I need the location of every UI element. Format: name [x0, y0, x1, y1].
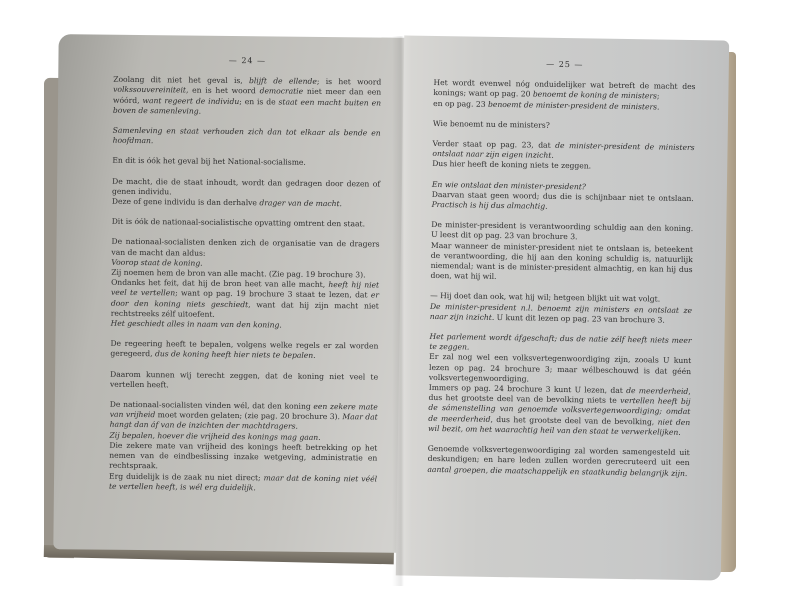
right-page-paragraphs: Het wordt evenwel nóg onduidelijker wat … [427, 78, 695, 479]
text-run: ; want op pag. 19 brochure 3 staat te le… [175, 289, 371, 300]
left-page-paragraphs: Zoolang dit niet het geval is, blijft de… [109, 75, 381, 494]
paragraph: Het wordt evenwel nóg onduidelijker wat … [433, 78, 695, 113]
paragraph: En wie ontslaat den minister-president?D… [432, 180, 694, 215]
paragraph: Zoolang dit niet het geval is, blijft de… [113, 75, 381, 119]
text-run: Zoolang dit niet het geval is, [113, 75, 249, 85]
italic-text-run: blijft de ellende [249, 76, 317, 86]
text-run: U kunt dit lezen op pag. 23 van brochure… [494, 313, 665, 325]
text-run: Er zal nog wel een volksvertegenwoordigi… [429, 352, 691, 383]
text-run: Maar wanneer de minister-president niet … [430, 241, 693, 282]
text-run: Erg duidelijk is de zaak nu niet direct; [109, 471, 264, 482]
text-run: . [199, 106, 202, 115]
text-run: Dus hier heeft de koning niets te zeggen… [432, 159, 591, 170]
italic-text-run: de meerderheid [626, 386, 688, 396]
paragraph: De macht, die de staat inhoudt, wordt da… [112, 176, 380, 209]
paragraph: En dit is óók het geval bij het National… [112, 156, 380, 169]
text-run: Genoemde volksvertegenwoordiging zal wor… [428, 444, 690, 467]
italic-text-run: Voorop staat de koning. [111, 258, 202, 268]
paragraph: Dit is óók de nationaal-socialistische o… [112, 217, 380, 230]
paragraph: De minister-president is verantwoording … [430, 220, 693, 285]
text-run: De macht, die de staat inhoudt, wordt da… [112, 176, 380, 196]
text-run: Daarom kunnen wij terecht zeggen, dat de… [110, 369, 378, 389]
italic-text-run: Practisch is hij dus almachtig. [432, 200, 548, 211]
text-run: Verder staat op pag. 23, dat [432, 139, 555, 150]
italic-text-run: benoemt de minister-president de ministe… [488, 99, 660, 111]
text-run: De nationaal-socialisten vinden wél, dat… [110, 400, 314, 411]
right-page: — 25 — Het wordt evenwel nóg onduidelijk… [396, 35, 729, 580]
paragraph: Samenleving en staat verhouden zich dan … [113, 126, 381, 149]
italic-text-run: Zij bepalen, hoever die vrijheid des kon… [109, 430, 320, 441]
italic-text-run: Het geschiedt alles in naam van den koni… [111, 319, 282, 330]
text-run: en op pag. 23 [433, 99, 488, 109]
paragraph: — Hij doet dan ook, wat hij wil; hetgeen… [430, 291, 692, 326]
text-run: En dit is óók het geval bij het National… [112, 156, 306, 167]
left-page: — 24 — Zoolang dit niet het geval is, bl… [53, 34, 408, 553]
italic-text-run: dus de koning heeft hier niets te bepale… [155, 350, 316, 361]
text-run: ; is het woord [317, 77, 381, 87]
text-run: , en is het woord [186, 86, 260, 96]
text-run: Die zekere mate van vrijheid des konings… [109, 441, 377, 471]
text-run: Dit is óók de nationaal-socialistische o… [112, 217, 365, 229]
italic-text-run: democratie [260, 87, 304, 96]
text-run: . [340, 199, 343, 208]
text-run: Wie benoemt nu de ministers? [433, 119, 550, 130]
paragraph: Wie benoemt nu de ministers? [433, 119, 695, 133]
italic-text-run: Het parlement wordt áfgeschaft; dus de n… [429, 332, 691, 352]
text-run: ; [657, 92, 660, 101]
italic-text-run: benoemt de koning de ministers [533, 90, 657, 101]
text-run: moet worden gelaten; (zie pag. 20 brochu… [155, 410, 342, 421]
paragraph: De nationaal-socialisten vinden wél, dat… [109, 400, 378, 495]
paragraph: De regeering heeft te bepalen, volgens w… [110, 339, 378, 362]
paragraph: Verder staat op pag. 23, dat de minister… [432, 139, 694, 174]
paragraph: De nationaal-socialisten denken zich de … [111, 237, 380, 332]
italic-text-run: want regeert de individu [142, 96, 239, 106]
text-run: ; en is de [239, 97, 278, 106]
italic-text-run: volkssouvereiniteit [113, 85, 186, 95]
page-number-right: — 25 — [434, 58, 696, 72]
open-booklet: — 24 — Zoolang dit niet het geval is, bl… [0, 0, 800, 600]
text-run: De minister-president is verantwoording … [431, 220, 693, 241]
right-page-text: — 25 — Het wordt evenwel nóg onduidelijk… [427, 58, 696, 489]
page-number-left: — 24 — [113, 55, 381, 68]
left-page-text: — 24 — Zoolang dit niet het geval is, bl… [109, 55, 382, 505]
paragraph: Daarom kunnen wij terecht zeggen, dat de… [110, 369, 378, 392]
italic-text-run: drager van de macht [259, 198, 339, 208]
text-run: De nationaal-socialisten denken zich de … [111, 237, 379, 257]
paragraph: Genoemde volksvertegenwoordiging zal wor… [427, 444, 689, 479]
italic-text-run: Samenleving en staat verhouden zich dan … [113, 126, 381, 146]
paragraph: Het parlement wordt áfgeschaft; dus de n… [428, 332, 692, 438]
text-run: Deze of gene individu is dan derhalve [112, 197, 259, 208]
